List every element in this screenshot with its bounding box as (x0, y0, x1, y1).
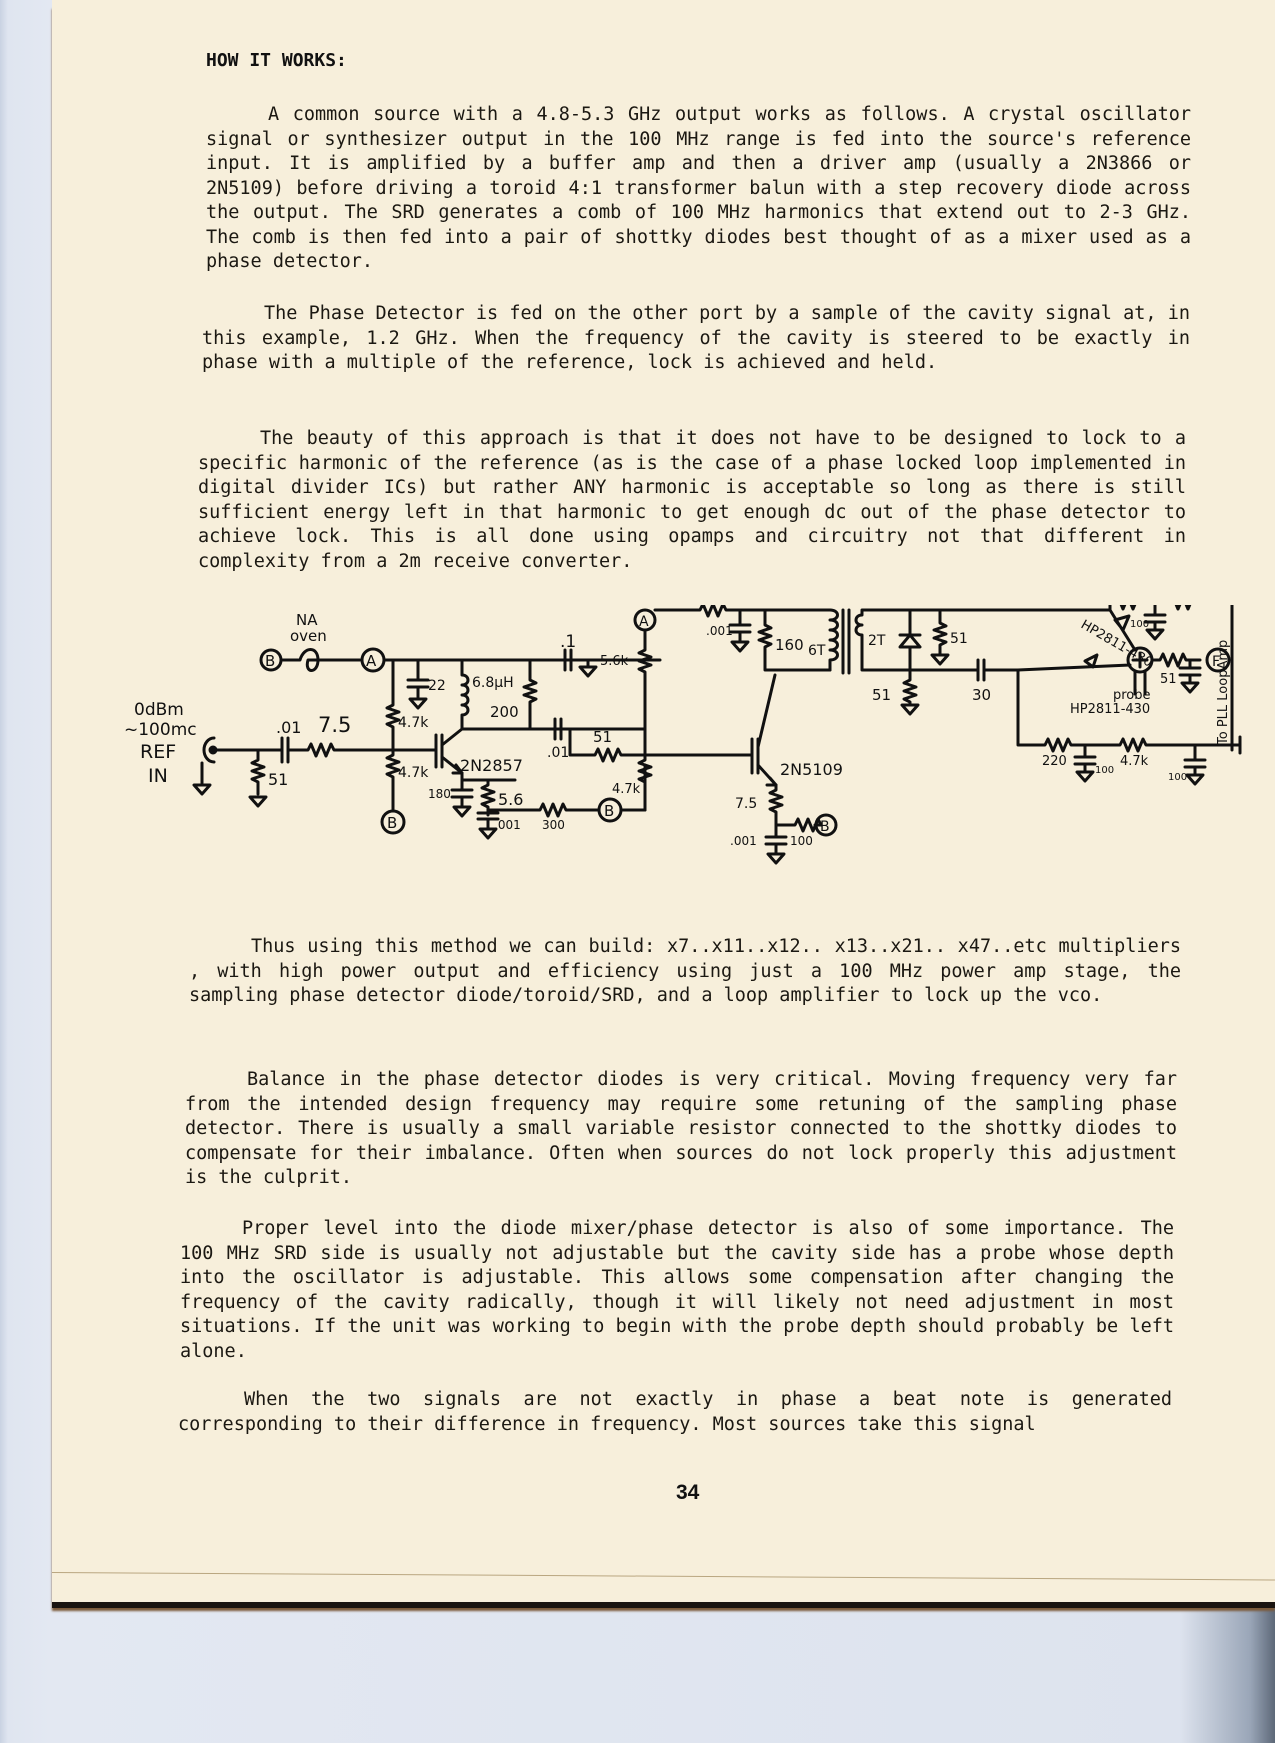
svg-text:51: 51 (593, 728, 612, 746)
paragraph-2: The Phase Detector is fed on the other p… (202, 302, 1190, 376)
svg-text:5.6k: 5.6k (600, 654, 629, 669)
svg-text:30: 30 (972, 686, 991, 704)
svg-text:B: B (820, 819, 830, 835)
paragraph-3: The beauty of this approach is that it d… (198, 427, 1186, 574)
svg-text:5.6: 5.6 (498, 790, 523, 809)
svg-text:220: 220 (1042, 754, 1067, 769)
svg-text:51: 51 (950, 631, 968, 647)
svg-text:7.5: 7.5 (685, 605, 709, 607)
svg-text:B: B (265, 652, 275, 670)
paragraph-5: Balance in the phase detector diodes is … (185, 1068, 1177, 1191)
svg-text:6.8µH: 6.8µH (472, 675, 514, 691)
paragraph-text: Balance in the phase detector diodes is … (185, 1068, 1177, 1191)
svg-text:51: 51 (1160, 672, 1177, 687)
svg-text:200: 200 (490, 703, 519, 721)
paragraph-text: Proper level into the diode mixer/phase … (180, 1217, 1174, 1364)
section-heading: HOW IT WORKS: (206, 50, 347, 71)
svg-text:2T: 2T (868, 633, 886, 649)
paragraph-text: The Phase Detector is fed on the other p… (202, 302, 1190, 376)
svg-text:0dBm: 0dBm (134, 700, 184, 720)
paragraph-text: The beauty of this approach is that it d… (198, 427, 1186, 574)
svg-text:4.7k: 4.7k (398, 765, 429, 781)
svg-text:100: 100 (1168, 772, 1187, 783)
svg-text:4.7k: 4.7k (398, 715, 429, 731)
svg-text:180: 180 (428, 787, 451, 801)
svg-text:.001: .001 (706, 624, 733, 638)
svg-text:7.5: 7.5 (735, 796, 757, 812)
svg-text:7.5: 7.5 (318, 713, 351, 737)
svg-text:4.7k: 4.7k (1120, 754, 1149, 769)
svg-text:.001: .001 (494, 818, 521, 832)
paragraph-4: Thus using this method we can build: x7.… (189, 935, 1181, 1009)
svg-text:A: A (639, 614, 649, 630)
paragraph-text: Thus using this method we can build: x7.… (189, 935, 1181, 1009)
svg-text:4.7k: 4.7k (612, 782, 641, 797)
svg-text:oven: oven (290, 627, 327, 645)
svg-text:REF: REF (140, 741, 176, 763)
svg-text:300: 300 (542, 818, 565, 832)
paragraph-text: When the two signals are not exactly in … (178, 1388, 1172, 1437)
svg-text:100: 100 (1130, 619, 1149, 630)
svg-text:B: B (604, 802, 614, 820)
svg-text:A: A (366, 652, 377, 670)
circuit-schematic: 0dBm ~100mc REF IN 51 .01 7.5 NA oven B … (110, 605, 1245, 905)
svg-text:probe: probe (1113, 688, 1151, 703)
paragraph-1: A common source with a 4.8-5.3 GHz outpu… (206, 103, 1191, 275)
paragraph-7: When the two signals are not exactly in … (178, 1388, 1172, 1437)
svg-text:51: 51 (872, 686, 891, 704)
svg-text:2N2857: 2N2857 (460, 756, 523, 775)
svg-text:.1: .1 (560, 632, 576, 652)
svg-text:.01: .01 (547, 745, 569, 761)
svg-text:HP2811-430: HP2811-430 (1070, 702, 1150, 717)
svg-text:100: 100 (790, 834, 813, 848)
svg-text:IN: IN (148, 765, 168, 787)
svg-text:To PLL LoopAmp: To PLL LoopAmp (1216, 640, 1231, 746)
svg-text:.01: .01 (276, 718, 301, 737)
svg-text:2N5109: 2N5109 (780, 760, 843, 779)
svg-text:100: 100 (1095, 765, 1114, 776)
paragraph-text: A common source with a 4.8-5.3 GHz outpu… (206, 103, 1191, 275)
svg-text:B: B (387, 814, 397, 832)
svg-text:160: 160 (775, 636, 804, 654)
paragraph-6: Proper level into the diode mixer/phase … (180, 1217, 1174, 1364)
svg-text:6T: 6T (808, 643, 826, 659)
svg-text:~100mc: ~100mc (124, 720, 197, 740)
svg-text:22: 22 (428, 678, 446, 694)
svg-text:51: 51 (268, 770, 288, 789)
svg-text:.001: .001 (730, 834, 757, 848)
page-number: 34 (676, 1481, 699, 1505)
svg-text:. 1: . 1 (750, 605, 769, 607)
